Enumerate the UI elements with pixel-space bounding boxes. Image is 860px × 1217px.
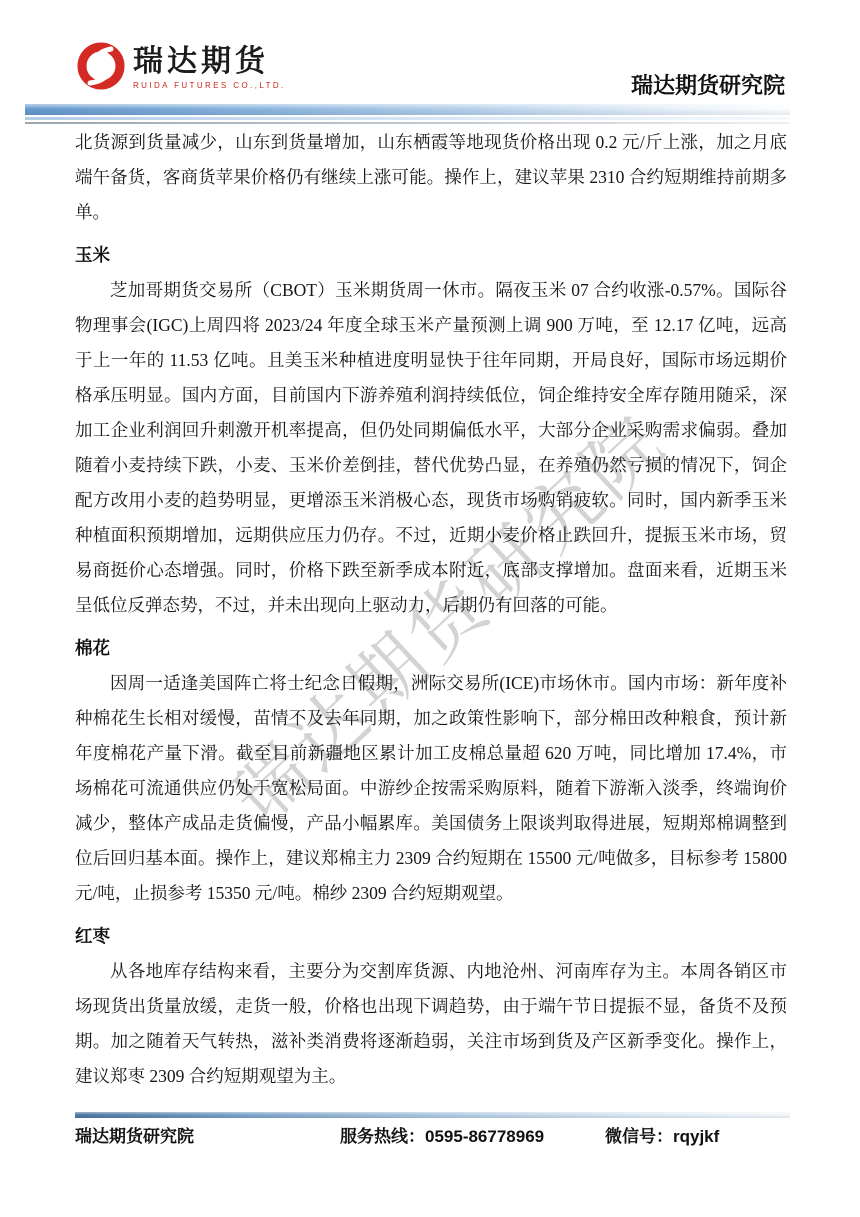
logo-text: 瑞达期货 RUIDA FUTURES CO.,LTD. [133, 40, 286, 90]
section-title-corn: 玉米 [75, 238, 787, 273]
section-title-cotton: 棉花 [75, 631, 787, 666]
header-divider-gray-line [25, 122, 790, 124]
logo-brand: 瑞达期货 [133, 46, 286, 78]
footer-wechat: 微信号：rqyjkf [605, 1122, 719, 1147]
page-footer: 瑞达期货研究院 服务热线：0595-86778969 微信号：rqyjkf [75, 1122, 787, 1146]
header-divider-light-band [25, 117, 790, 120]
paragraph-corn: 芝加哥期货交易所（CBOT）玉米期货周一休市。隔夜玉米 07 合约收涨-0.57… [75, 273, 787, 623]
section-title-red-dates: 红枣 [75, 919, 787, 954]
page-header: 瑞达期货 RUIDA FUTURES CO.,LTD. 瑞达期货研究院 [75, 38, 785, 100]
report-body: 北货源到货量减少，山东到货量增加，山东栖霞等地现货价格出现 0.2 元/斤上涨，… [75, 125, 787, 1094]
header-institute-title: 瑞达期货研究院 [631, 69, 785, 100]
logo-subtitle: RUIDA FUTURES CO.,LTD. [133, 81, 286, 90]
paragraph-apple-continuation: 北货源到货量减少，山东到货量增加，山东栖霞等地现货价格出现 0.2 元/斤上涨，… [75, 125, 787, 230]
paragraph-cotton: 因周一适逢美国阵亡将士纪念日假期，洲际交易所(ICE)市场休市。国内市场：新年度… [75, 666, 787, 911]
company-logo: 瑞达期货 RUIDA FUTURES CO.,LTD. [75, 40, 286, 92]
footer-wechat-id: rqyjkf [673, 1127, 719, 1146]
footer-wechat-label: 微信号： [605, 1127, 673, 1146]
header-divider [25, 104, 790, 124]
footer-hotline-number: 0595-86778969 [425, 1127, 544, 1146]
document-page: 瑞达期货研究院 瑞达期货 RUIDA FUTURES CO.,LTD. 瑞达期货… [0, 0, 860, 1217]
footer-divider [75, 1112, 790, 1118]
ruida-logo-icon [75, 40, 127, 92]
header-divider-main-band [25, 104, 790, 115]
footer-institute: 瑞达期货研究院 [75, 1122, 194, 1147]
paragraph-red-dates: 从各地库存结构来看，主要分为交割库货源、内地沧州、河南库存为主。本周各销区市场现… [75, 954, 787, 1094]
footer-hotline-label: 服务热线： [340, 1127, 425, 1146]
footer-hotline: 服务热线：0595-86778969 [340, 1122, 544, 1147]
